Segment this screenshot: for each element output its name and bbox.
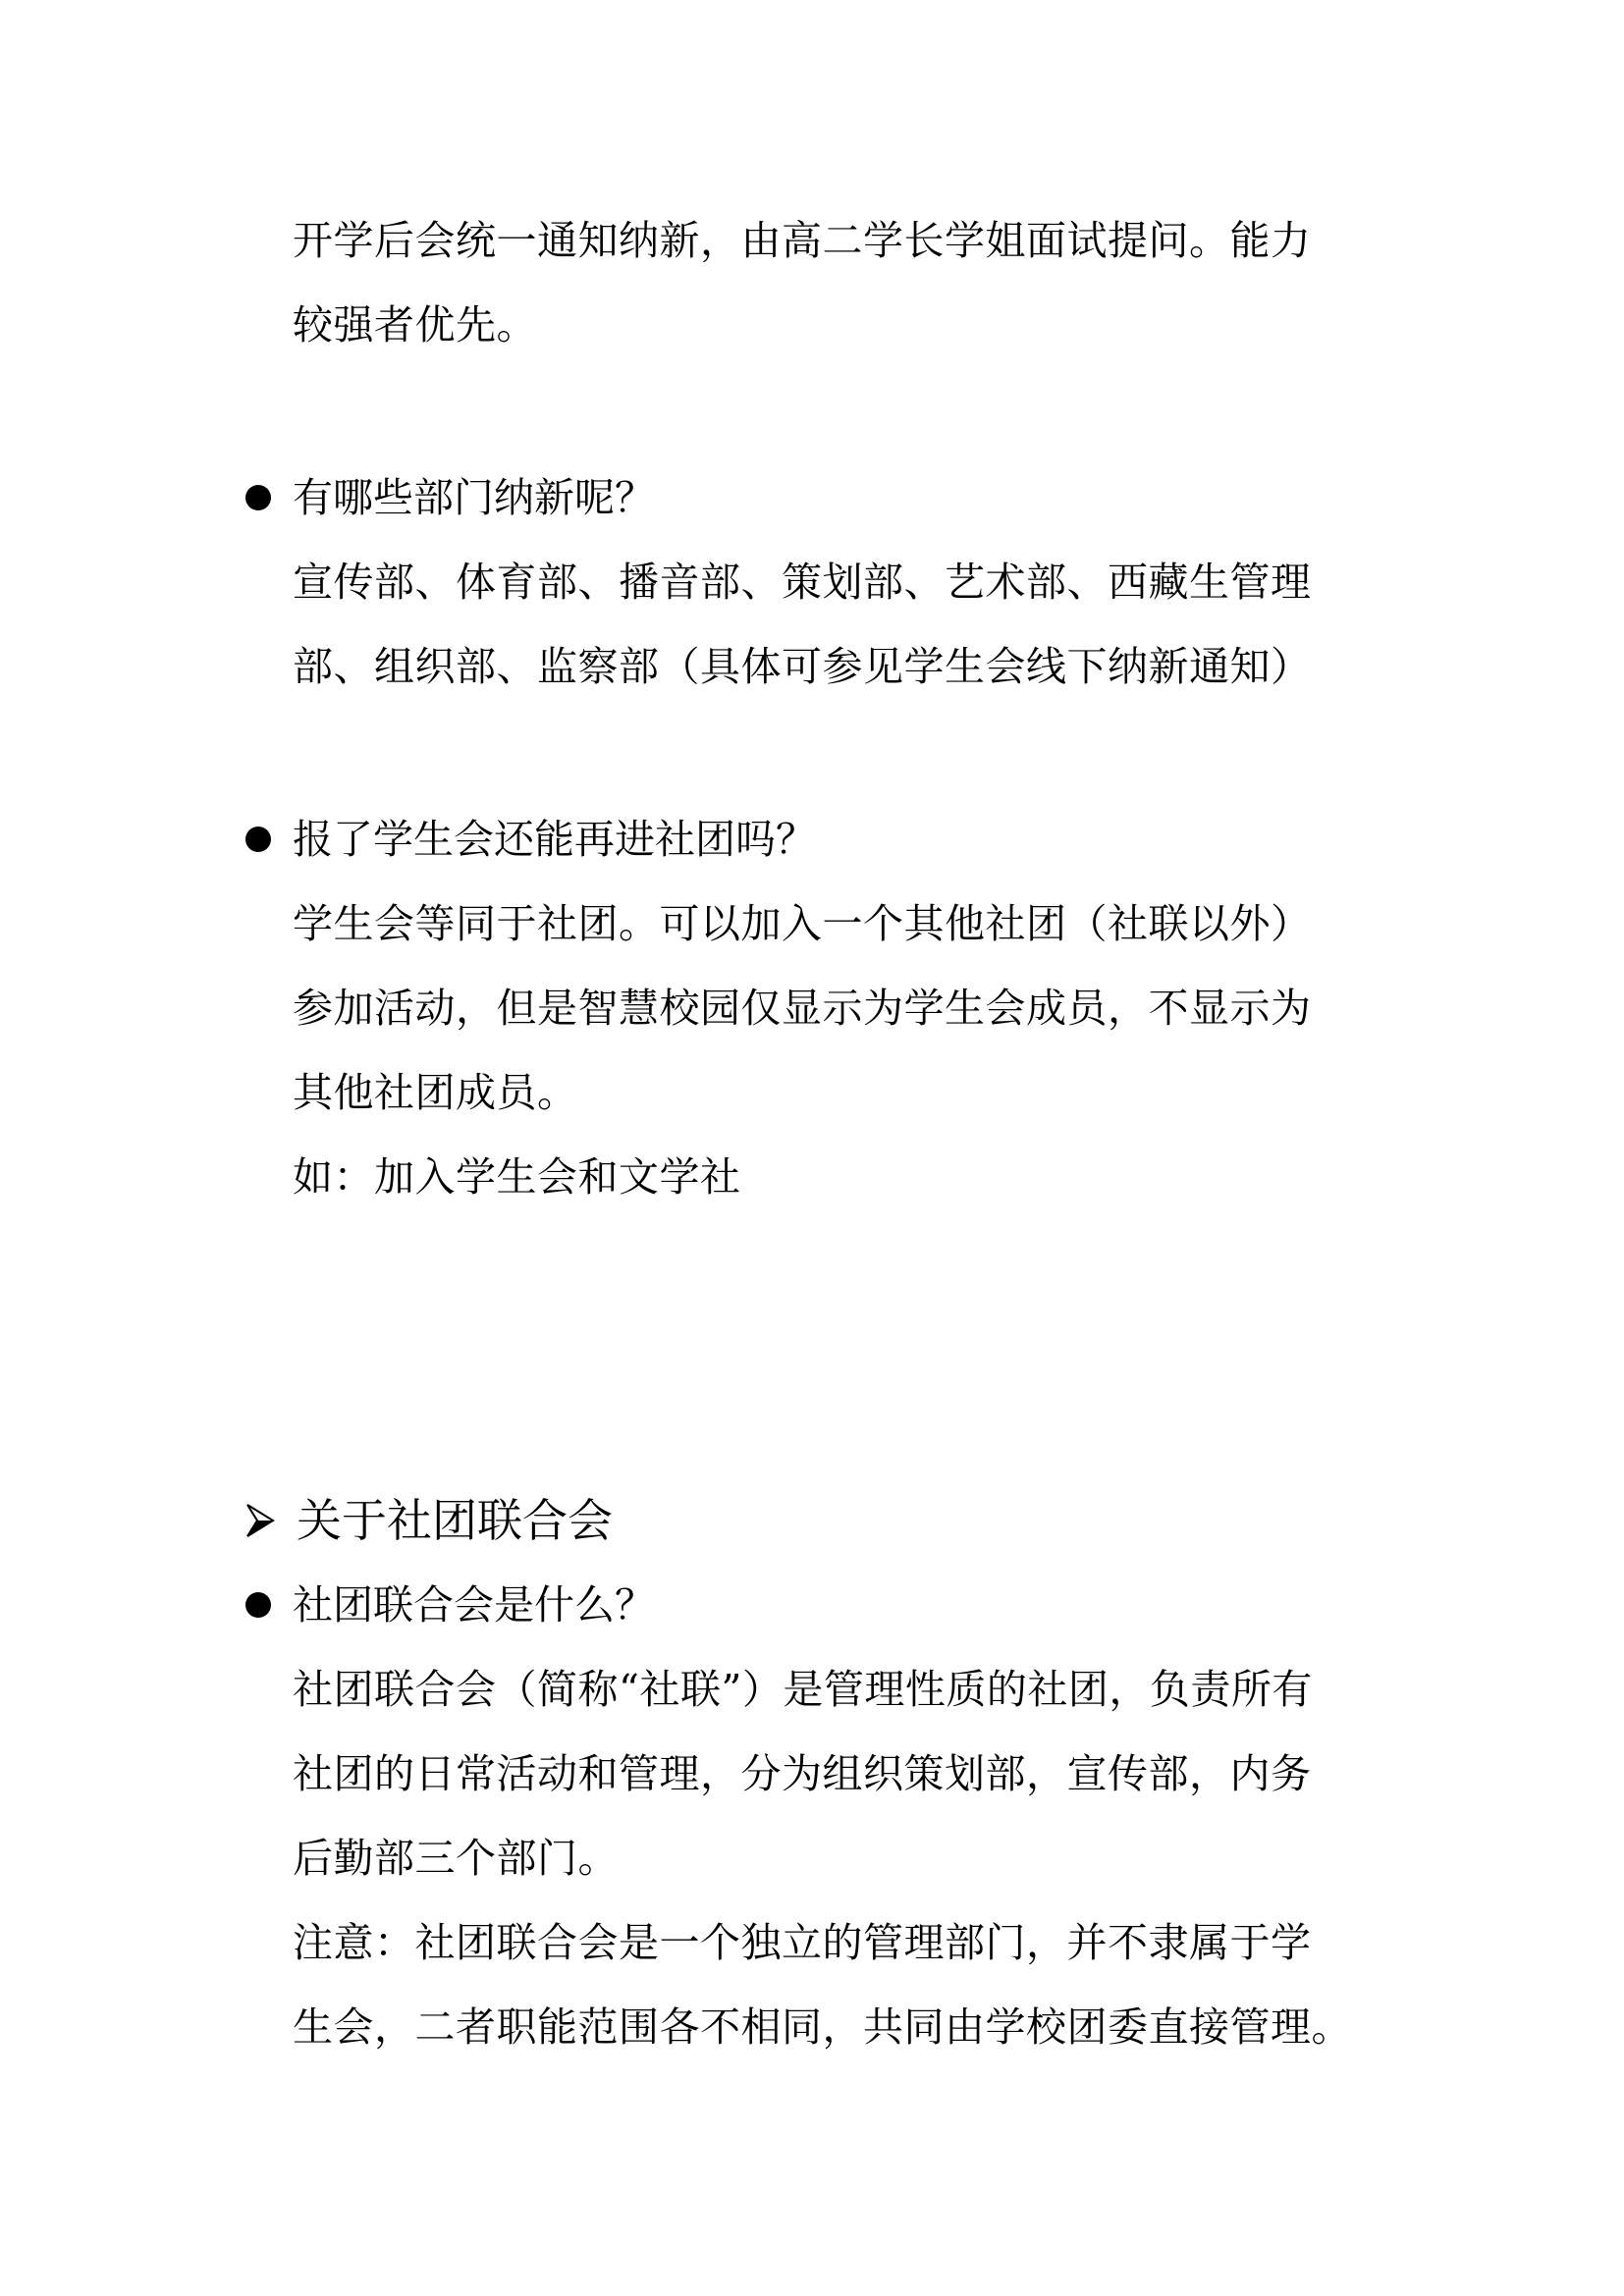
section-title: 关于社团联合会 [297,1496,613,1545]
answer-line: 部、组织部、监察部（具体可参见学生会线下纳新通知） [293,642,1312,691]
bullet-icon [245,827,271,852]
answer-line: 社团联合会（简称“社联”）是管理性质的社团，负责所有 [293,1665,1313,1714]
note-line: 注意：社团联合会是一个独立的管理部门，并不隶属于学 [293,1918,1312,1967]
answer-line: 其他社团成员。 [293,1068,578,1117]
bullet-icon [245,485,271,510]
question-text: 报了学生会还能再进社团吗？ [293,815,816,864]
faq-question-departments: 有哪些部门纳新呢？ [245,473,655,522]
answer-line: 社团的日常活动和管理，分为组织策划部，宣传部，内务 [293,1749,1312,1798]
answer-line: 如：加入学生会和文学社 [293,1152,741,1201]
faq-question-federation: 社团联合会是什么？ [245,1580,655,1629]
note-line: 生会，二者职能范围各不相同，共同由学校团委直接管理。 [293,2002,1352,2052]
answer-line: 宣传部、体育部、播音部、策划部、艺术部、西藏生管理 [293,558,1312,607]
arrowhead-icon [245,1503,275,1538]
answer-line: 后勤部三个部门。 [293,1834,619,1883]
document-page: 开学后会统一通知纳新，由高二学长学姐面试提问。能力 较强者优先。 有哪些部门纳新… [0,0,1624,2296]
paragraph-line: 开学后会统一通知纳新，由高二学长学姐面试提问。能力 [293,216,1312,265]
question-text: 社团联合会是什么？ [293,1580,655,1629]
bullet-icon [245,1592,271,1618]
answer-line: 参加活动，但是智慧校园仅显示为学生会成员，不显示为 [293,984,1312,1033]
faq-question-join-club: 报了学生会还能再进社团吗？ [245,815,816,864]
paragraph-line: 较强者优先。 [293,300,537,349]
section-heading: 关于社团联合会 [245,1496,613,1545]
question-text: 有哪些部门纳新呢？ [293,473,655,522]
answer-line: 学生会等同于社团。可以加入一个其他社团（社联以外） [293,899,1312,948]
